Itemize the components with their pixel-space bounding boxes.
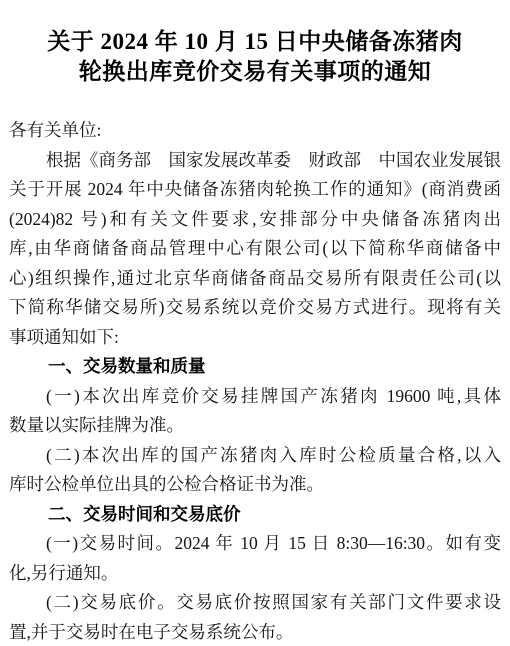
text-line: (2024)82 号)和有关文件要求,安排部分中央储备冻猪肉出	[9, 205, 501, 235]
text-line: 化,另行通知。	[9, 559, 501, 589]
text-line: 数量以实际挂牌为准。	[9, 411, 501, 441]
notice-body: 各有关单位: 根据《商务部 国家发展改革委 财政部 中国农业发展银行 关于开展 …	[9, 116, 501, 646]
text-line: 关于开展 2024 年中央储备冻猪肉轮换工作的通知》(商消费函	[9, 175, 501, 205]
section-heading-1: 一、交易数量和质量	[9, 352, 501, 382]
text-line: 事项通知如下:	[9, 323, 501, 353]
notice-title: 关于 2024 年 10 月 15 日中央储备冻猪肉 轮换出库竞价交易有关事项的…	[9, 27, 501, 87]
text-line: 库,由华商储备商品管理中心有限公司(以下简称华商储备中	[9, 234, 501, 264]
notice-title-line-1: 关于 2024 年 10 月 15 日中央储备冻猪肉	[9, 27, 501, 57]
salutation: 各有关单位:	[9, 116, 501, 146]
text-line: (二)交易底价。交易底价按照国家有关部门文件要求设	[9, 588, 501, 618]
section-heading-2: 二、交易时间和交易底价	[9, 500, 501, 530]
text-line: 根据《商务部 国家发展改革委 财政部 中国农业发展银行	[9, 146, 501, 176]
text-line: 心)组织操作,通过北京华商储备商品交易所有限责任公司(以	[9, 264, 501, 294]
text-line: 下简称华储交易所)交易系统以竞价交易方式进行。现将有关	[9, 293, 501, 323]
notice-title-line-2: 轮换出库竞价交易有关事项的通知	[9, 57, 501, 87]
text-line: (二)本次出库的国产冻猪肉入库时公检质量合格,以入	[9, 441, 501, 471]
text-line: (一)交易时间。2024 年 10 月 15 日 8:30—16:30。如有变	[9, 529, 501, 559]
notice-document: 关于 2024 年 10 月 15 日中央储备冻猪肉 轮换出库竞价交易有关事项的…	[0, 0, 510, 646]
text-line: 库时公检单位出具的公检合格证书为准。	[9, 470, 501, 500]
text-line: (一)本次出库竞价交易挂牌国产冻猪肉 19600 吨,具体	[9, 382, 501, 412]
text-line: 置,并于交易时在电子交易系统公布。	[9, 618, 501, 646]
